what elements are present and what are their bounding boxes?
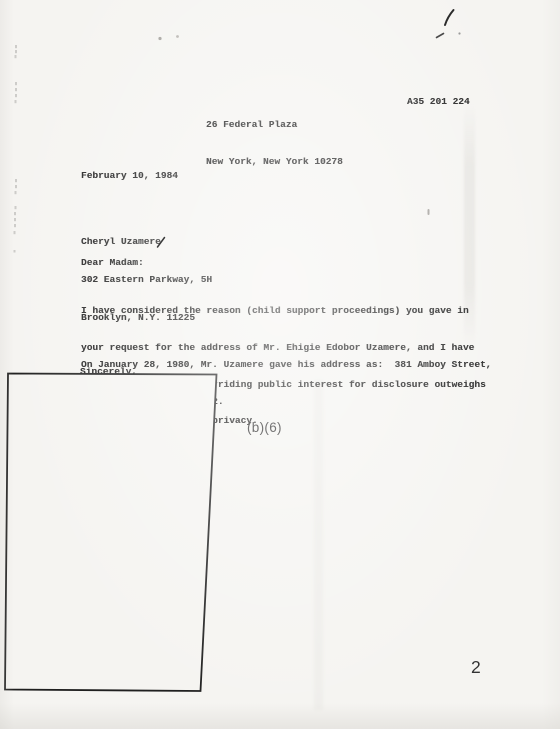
handwritten-tick-mark [437,34,444,38]
body-line: On January 28, 1980, Mr. Uzamere gave hi… [81,359,491,371]
smudge-dot [158,37,161,40]
letterhead-address-line2: New York, New York 10278 [206,156,343,168]
letterhead-address-line1: 26 Federal Plaza [206,119,343,131]
body-line: Brooklyn, New York 11212. [81,396,491,408]
salutation: Dear Madam: [81,257,144,269]
body-paragraph-2: On January 28, 1980, Mr. Uzamere gave hi… [81,335,491,433]
margin-specks [14,45,18,253]
smudge-mark [428,209,430,215]
recipient-name: Cheryl Uzamere [81,236,212,249]
body-line: I have considered the reason (child supp… [81,305,486,317]
pen-dot [458,32,460,34]
smudge-dot [176,35,179,38]
letter-date: February 10, 1984 [81,170,178,182]
page-number: 2 [471,657,481,678]
foia-exemption-label: (b)(6) [247,420,282,435]
scanned-letter-page: 26 Federal Plaza New York, New York 1027… [0,0,560,729]
letterhead: 26 Federal Plaza New York, New York 1027… [206,95,343,193]
alien-file-number: A35 201 224 [407,96,470,108]
handwritten-slash-mark [445,10,454,25]
closing-sincerely: Sincerely, [80,366,137,378]
